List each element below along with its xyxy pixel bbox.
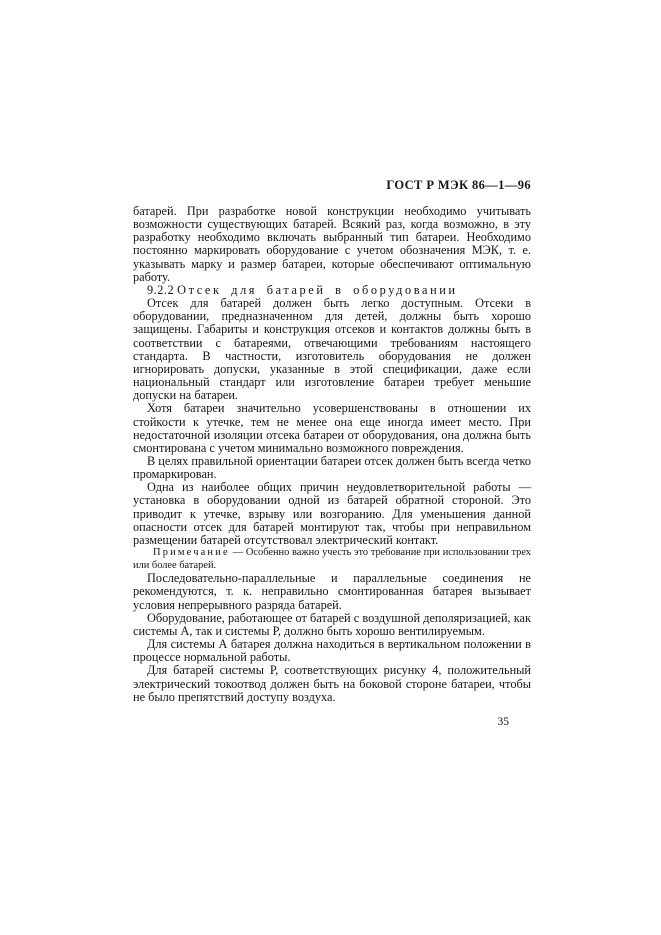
document-page: ГОСТ Р МЭК 86—1—96 батарей. При разработ… bbox=[0, 0, 661, 935]
paragraph: Хотя батареи значительно усовершенствова… bbox=[133, 402, 531, 455]
section-title: Отсек для батарей в оборудовании bbox=[177, 283, 458, 297]
text-block: ГОСТ Р МЭК 86—1—96 батарей. При разработ… bbox=[133, 178, 531, 729]
paragraph: Для батарей системы Р, соответствующих р… bbox=[133, 664, 531, 703]
page-number: 35 bbox=[133, 716, 509, 729]
document-header: ГОСТ Р МЭК 86—1—96 bbox=[133, 178, 531, 192]
paragraph: Для системы А батарея должна находиться … bbox=[133, 638, 531, 664]
paragraph: Последовательно-параллельные и параллель… bbox=[133, 572, 531, 611]
note-label: Примечание bbox=[153, 547, 230, 558]
note: Примечание— Особенно важно учесть это тр… bbox=[133, 547, 531, 572]
paragraph: Одна из наиболее общих причин неудовлетв… bbox=[133, 481, 531, 547]
paragraph: В целях правильной ориентации батареи от… bbox=[133, 455, 531, 481]
paragraph: Оборудование, работающее от батарей с во… bbox=[133, 612, 531, 638]
paragraph-continuation: батарей. При разработке новой конструкци… bbox=[133, 205, 531, 284]
section-number: 9.2.2 bbox=[147, 283, 174, 297]
paragraph: Отсек для батарей должен быть легко дост… bbox=[133, 297, 531, 402]
